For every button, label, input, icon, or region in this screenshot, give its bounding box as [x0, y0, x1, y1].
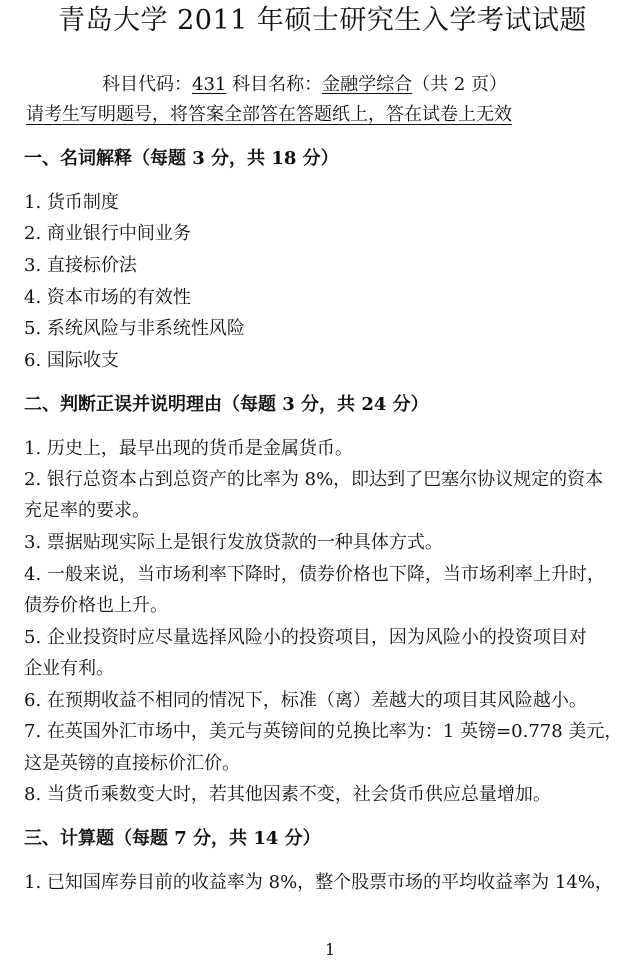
term-item: 2. 商业银行中间业务: [24, 222, 191, 246]
judgment-line: 8. 当货币乘数变大时，若其他因素不变，社会货币供应总量增加。: [24, 783, 551, 807]
term-item: 3. 直接标价法: [24, 254, 137, 278]
judgment-line: 企业有利。: [24, 657, 114, 681]
exam-page: 青岛大学 2011 年硕士研究生入学考试试题 科目代码：431 科目名称：金融学…: [0, 0, 624, 970]
judgment-line: 7. 在英国外汇市场中，美元与英镑间的兑换比率为：1 英镑=0.778 美元，: [24, 720, 622, 744]
judgment-line: 1. 历史上，最早出现的货币是金属货币。: [24, 437, 353, 461]
subject-name-value: 金融学综合: [322, 74, 412, 95]
subject-code-value: 431: [192, 74, 226, 95]
judgment-line: 充足率的要求。: [24, 499, 150, 523]
subject-name-label: 科目名称：: [232, 74, 322, 95]
judgment-line: 2. 银行总资本占到总资产的比率为 8%，即达到了巴塞尔协议规定的资本: [24, 468, 603, 492]
judgment-line: 这是英镑的直接标价汇价。: [24, 752, 240, 776]
page-number: 1: [325, 940, 335, 960]
pages-note: （共 2 页）: [412, 74, 507, 95]
term-item: 4. 资本市场的有效性: [24, 286, 191, 310]
subject-info: 科目代码：431 科目名称：金融学综合（共 2 页）: [102, 73, 507, 97]
judgment-line: 债券价格也上升。: [24, 594, 168, 618]
term-item: 6. 国际收支: [24, 349, 119, 373]
term-item: 1. 货币制度: [24, 191, 119, 215]
calculation-line: 1. 已知国库券目前的收益率为 8%，整个股票市场的平均收益率为 14%，: [24, 871, 613, 895]
exam-title: 青岛大学 2011 年硕士研究生入学考试试题: [58, 4, 587, 38]
section-heading-2: 二、判断正误并说明理由（每题 3 分，共 24 分）: [24, 393, 429, 417]
section-heading-1: 一、名词解释（每题 3 分，共 18 分）: [24, 147, 339, 171]
judgment-line: 4. 一般来说，当市场利率下降时，债券价格也下降，当市场利率上升时，: [24, 563, 605, 587]
exam-notice: 请考生写明题号，将答案全部答在答题纸上，答在试卷上无效: [26, 103, 512, 127]
term-item: 5. 系统风险与非系统性风险: [24, 317, 245, 341]
section-heading-3: 三、计算题（每题 7 分，共 14 分）: [24, 827, 321, 851]
judgment-line: 5. 企业投资时应尽量选择风险小的投资项目，因为风险小的投资项目对: [24, 626, 587, 650]
judgment-line: 3. 票据贴现实际上是银行发放贷款的一种具体方式。: [24, 531, 443, 555]
subject-code-label: 科目代码：: [102, 74, 192, 95]
judgment-line: 6. 在预期收益不相同的情况下，标准（离）差越大的项目其风险越小。: [24, 689, 587, 713]
